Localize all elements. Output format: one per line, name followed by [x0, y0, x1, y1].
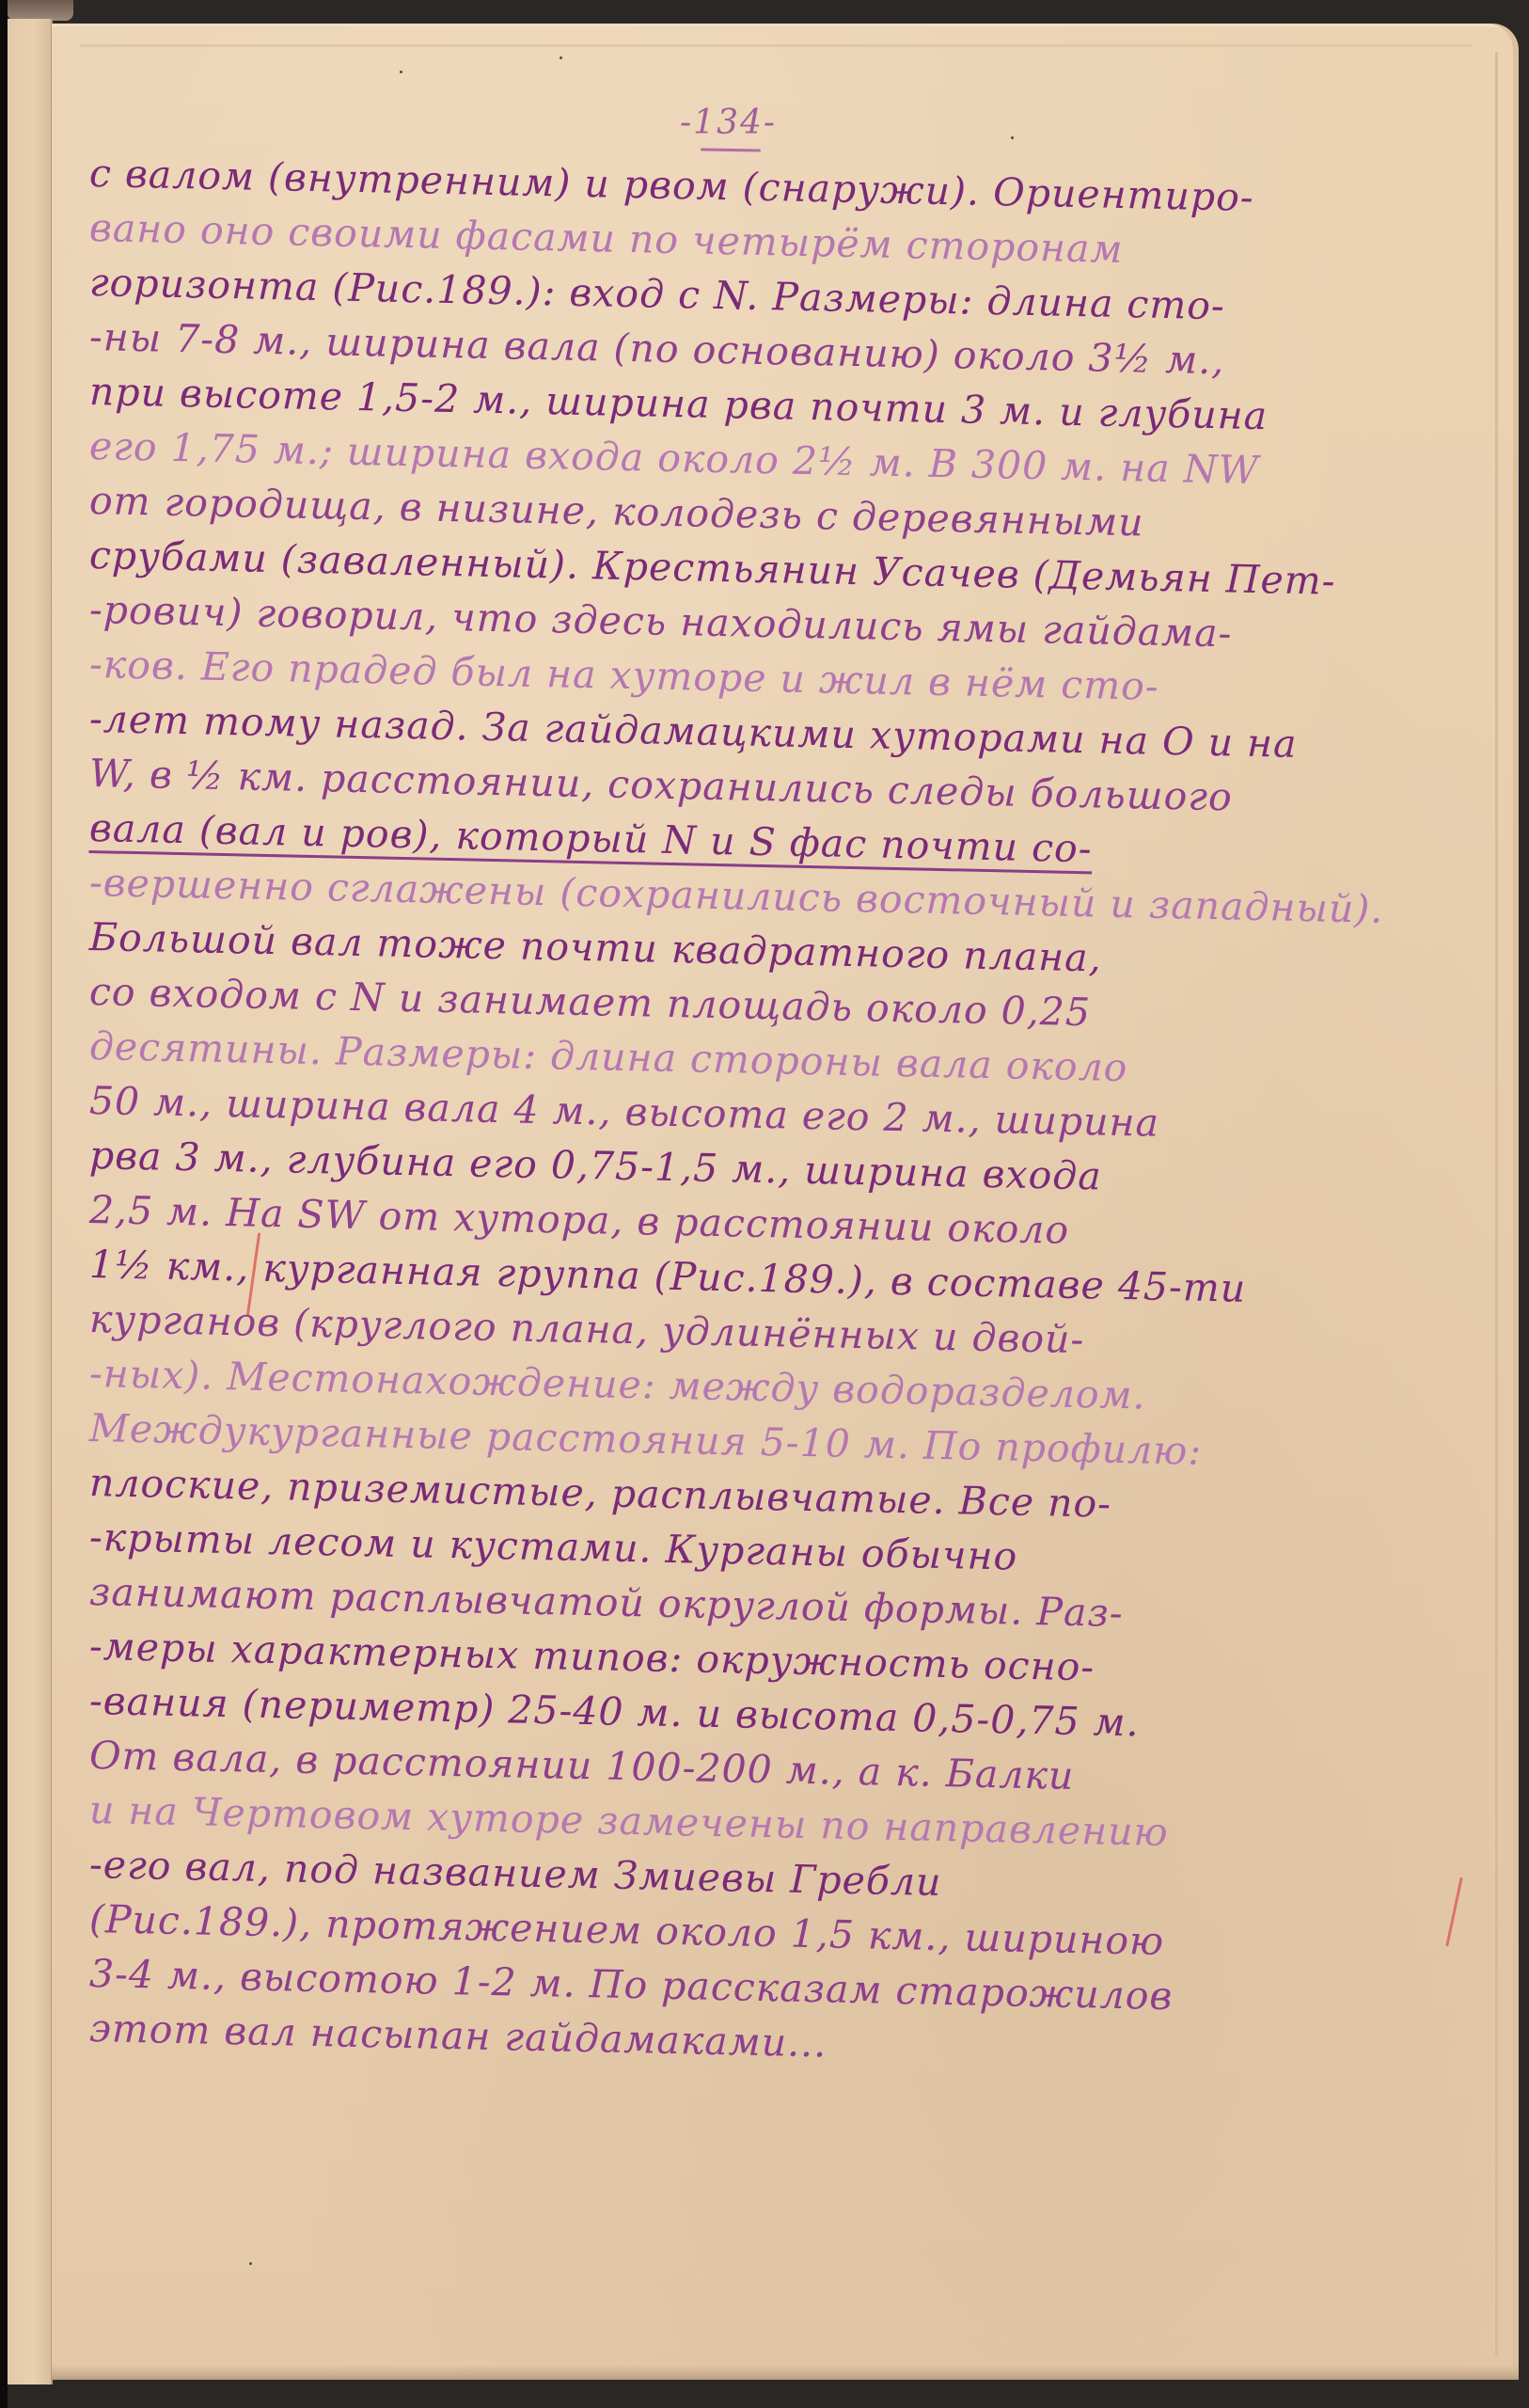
page-number: -134- — [680, 103, 777, 142]
paper-speck — [400, 71, 402, 73]
binding-strip — [8, 19, 53, 2384]
scan-left-edge — [0, 0, 8, 2408]
scanned-page-viewport: -134- с валом (внутренним) и рвом (снару… — [0, 0, 1529, 2408]
page-bottom-edge — [52, 2365, 1519, 2380]
paper-speck — [249, 2262, 252, 2265]
page-top-fold — [80, 44, 1472, 47]
paper-speck — [1011, 136, 1014, 139]
page-right-fold — [1495, 52, 1498, 2356]
paper-speck — [560, 56, 562, 59]
page-number-underline — [701, 148, 761, 151]
binding-top — [8, 0, 73, 21]
